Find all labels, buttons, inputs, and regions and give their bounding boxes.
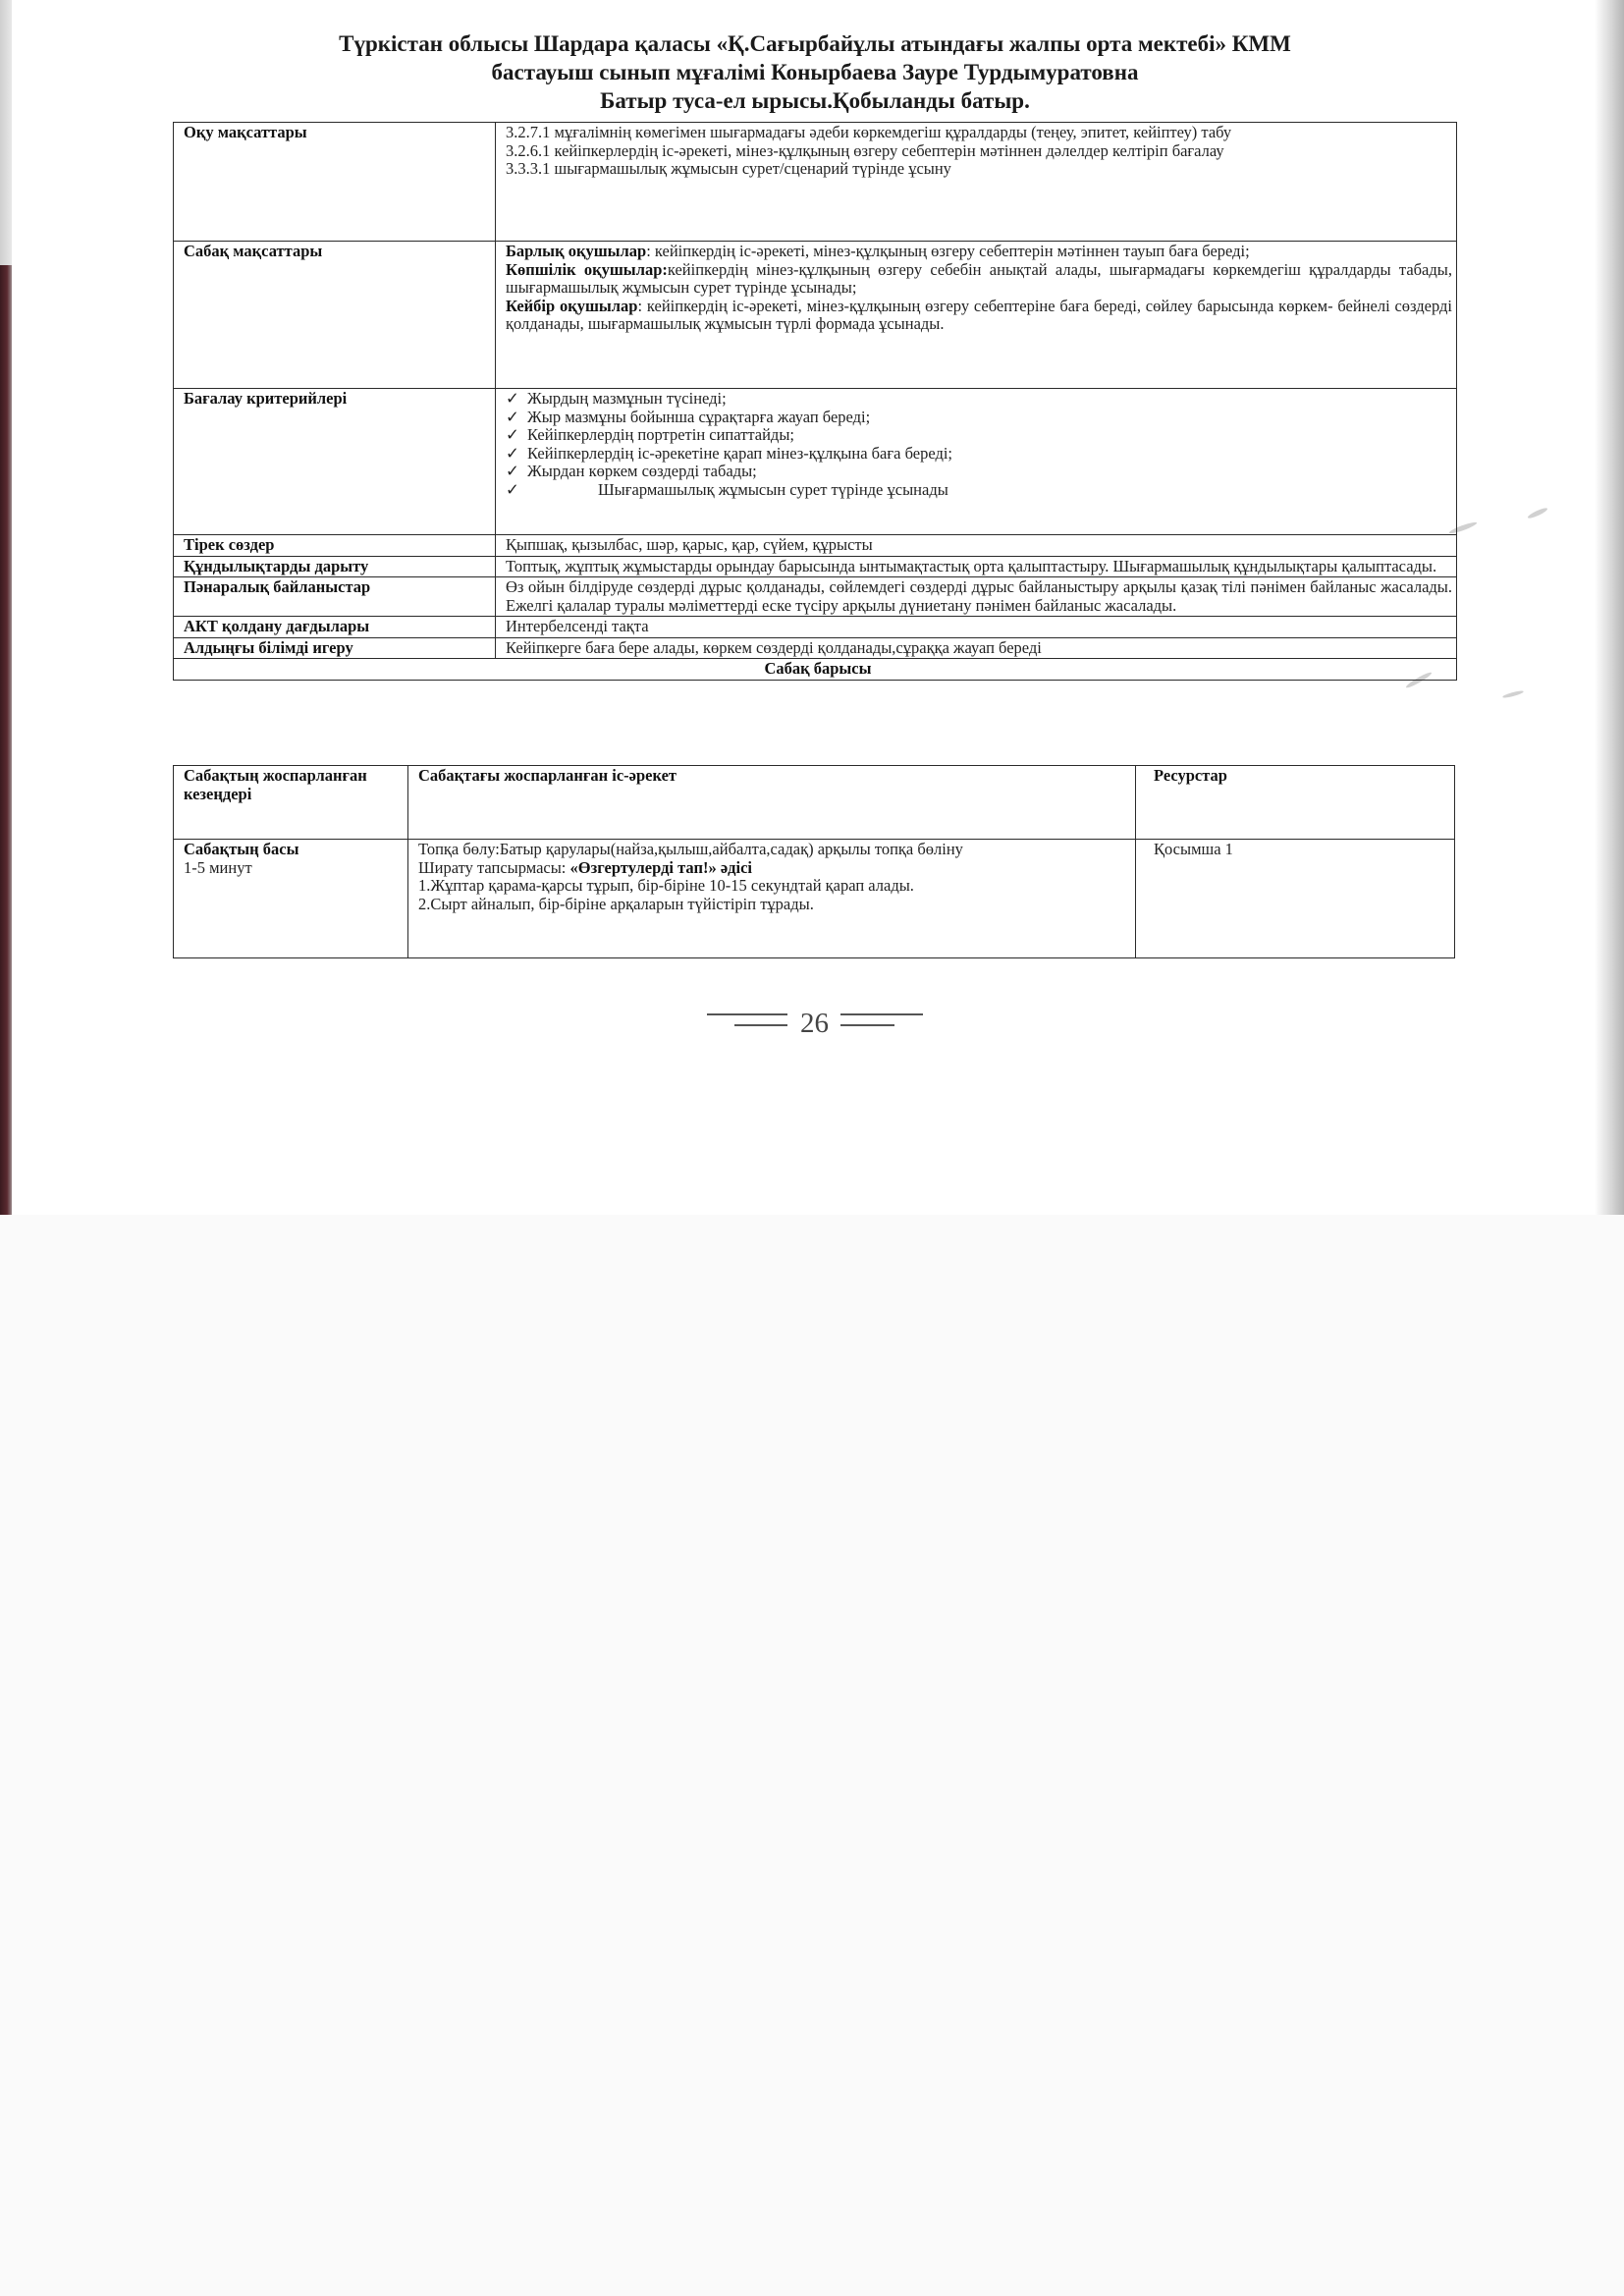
book-binding: [0, 265, 12, 1215]
table-row: Сабақ барысы: [174, 659, 1457, 681]
lesson-title: Батыр туса-ел ырысы.Қобыланды батыр.: [147, 86, 1483, 115]
row-label: Тірек сөздер: [174, 535, 496, 557]
footer-rule: [840, 1024, 894, 1026]
table-row: Тірек сөздер Қыпшақ, қызылбас, шәр, қары…: [174, 535, 1457, 557]
ict-skills: Интербелсенді тақта: [496, 617, 1457, 638]
objective-group: Кейбір оқушылар: кейіпкердің іс-әрекеті,…: [506, 298, 1452, 334]
binding-edge-light: [0, 0, 12, 265]
checkmark-icon: ✓: [506, 463, 519, 481]
footer-rule: [734, 1024, 787, 1026]
table-row: Сабақ мақсаттары Барлық оқушылар: кейіпк…: [174, 242, 1457, 389]
page-number: 26: [800, 1008, 829, 1040]
scan-smudge: [1502, 689, 1524, 699]
criteria-item: ✓Кейіпкерлердің іс-әрекетіне қарап мінез…: [506, 445, 1452, 464]
column-header: Сабақтағы жоспарланған іс-әрекет: [408, 766, 1136, 840]
lesson-plan-table: Оқу мақсаттары 3.2.7.1 мұғалімнің көмегі…: [173, 122, 1457, 681]
activity-task: Ширату тапсырмасы: «Өзгертулерді тап!» ә…: [418, 859, 1129, 878]
row-label: Пәнаралық байланыстар: [174, 577, 496, 617]
prior-knowledge: Кейіпкерге баға бере алады, көркем сөзде…: [496, 637, 1457, 659]
activity-step: 1.Жұптар қарама-қарсы тұрып, бір-біріне …: [418, 877, 1129, 896]
document-header: Түркістан облысы Шардара қаласы «Қ.Сағыр…: [147, 29, 1483, 115]
table-header-row: Сабақтың жоспарланған кезеңдері Сабақтағ…: [174, 766, 1455, 840]
checkmark-icon: ✓: [506, 445, 519, 464]
school-title: Түркістан облысы Шардара қаласы «Қ.Сағыр…: [147, 29, 1483, 58]
criteria-item: ✓Жырдан көркем сөздерді табады;: [506, 463, 1452, 481]
page-shadow: [1595, 0, 1624, 1215]
objective-group: Барлық оқушылар: кейіпкердің іс-әрекеті,…: [506, 243, 1452, 261]
table-row: Құндылықтарды дарыту Топтық, жұптық жұмы…: [174, 556, 1457, 577]
stage-time: 1-5 минут: [184, 859, 402, 878]
values-development: Топтық, жұптық жұмыстарды орындау барысы…: [496, 556, 1457, 577]
objective-item: 3.3.3.1 шығармашылық жұмысын сурет/сцена…: [506, 160, 1452, 179]
row-label: Оқу мақсаттары: [174, 123, 496, 242]
table-row: Оқу мақсаттары 3.2.7.1 мұғалімнің көмегі…: [174, 123, 1457, 242]
table-row: Сабақтың басы 1-5 минут Топқа бөлу:Батыр…: [174, 840, 1455, 958]
row-label: Алдыңғы білімді игеру: [174, 637, 496, 659]
criteria-item: ✓Шығармашылық жұмысын сурет түрінде ұсын…: [506, 481, 1452, 500]
stage-title: Сабақтың басы: [184, 841, 402, 859]
criteria-item: ✓Жырдың мазмұнын түсінеді;: [506, 390, 1452, 409]
objective-group: Көпшілік оқушылар:кейіпкердің мінез-құлқ…: [506, 261, 1452, 298]
lesson-progress-table: Сабақтың жоспарланған кезеңдері Сабақтағ…: [173, 765, 1455, 958]
checkmark-icon: ✓: [506, 481, 519, 500]
stage-cell: Сабақтың басы 1-5 минут: [174, 840, 408, 958]
footer-rule: [707, 1013, 787, 1015]
key-words: Қыпшақ, қызылбас, шәр, қарыс, қар, сүйем…: [496, 535, 1457, 557]
row-label: Бағалау критерийлері: [174, 389, 496, 535]
objective-item: 3.2.7.1 мұғалімнің көмегімен шығармадағы…: [506, 124, 1452, 142]
objective-item: 3.2.6.1 кейіпкерлердің іс-әрекеті, мінез…: [506, 142, 1452, 161]
table-row: Пәнаралық байланыстар Өз ойын білдіруде …: [174, 577, 1457, 617]
footer-rule: [840, 1013, 923, 1015]
lesson-objectives: Барлық оқушылар: кейіпкердің іс-әрекеті,…: [496, 242, 1457, 389]
checkmark-icon: ✓: [506, 426, 519, 445]
checkmark-icon: ✓: [506, 390, 519, 409]
section-title: Сабақ барысы: [174, 659, 1457, 681]
teacher-name: бастауыш сынып мұғалімі Конырбаева Зауре…: [147, 58, 1483, 86]
criteria-item: ✓Кейіпкерлердің портретін сипаттайды;: [506, 426, 1452, 445]
learning-objectives: 3.2.7.1 мұғалімнің көмегімен шығармадағы…: [496, 123, 1457, 242]
table-row: Бағалау критерийлері ✓Жырдың мазмұнын тү…: [174, 389, 1457, 535]
table-row: АКТ қолдану дағдылары Интербелсенді тақт…: [174, 617, 1457, 638]
resource-cell: Қосымша 1: [1136, 840, 1455, 958]
row-label: АКТ қолдану дағдылары: [174, 617, 496, 638]
row-label: Сабақ мақсаттары: [174, 242, 496, 389]
column-header: Ресурстар: [1136, 766, 1455, 840]
criteria-item: ✓Жыр мазмұны бойынша сұрақтарға жауап бе…: [506, 409, 1452, 427]
activity-grouping: Топқа бөлу:Батыр қарулары(найза,қылыш,ай…: [418, 841, 1129, 859]
column-header: Сабақтың жоспарланған кезеңдері: [174, 766, 408, 840]
checkmark-icon: ✓: [506, 409, 519, 427]
activity-cell: Топқа бөлу:Батыр қарулары(найза,қылыш,ай…: [408, 840, 1136, 958]
activity-step: 2.Сырт айналып, бір-біріне арқаларын түй…: [418, 896, 1129, 914]
scan-smudge: [1527, 507, 1548, 520]
table-row: Алдыңғы білімді игеру Кейіпкерге баға бе…: [174, 637, 1457, 659]
assessment-criteria: ✓Жырдың мазмұнын түсінеді; ✓Жыр мазмұны …: [496, 389, 1457, 535]
page-number-footer: 26: [707, 1004, 923, 1043]
row-label: Құндылықтарды дарыту: [174, 556, 496, 577]
cross-curricular-links: Өз ойын білдіруде сөздерді дұрыс қолдана…: [496, 577, 1457, 617]
scanned-page: Түркістан облысы Шардара қаласы «Қ.Сағыр…: [0, 0, 1624, 1215]
